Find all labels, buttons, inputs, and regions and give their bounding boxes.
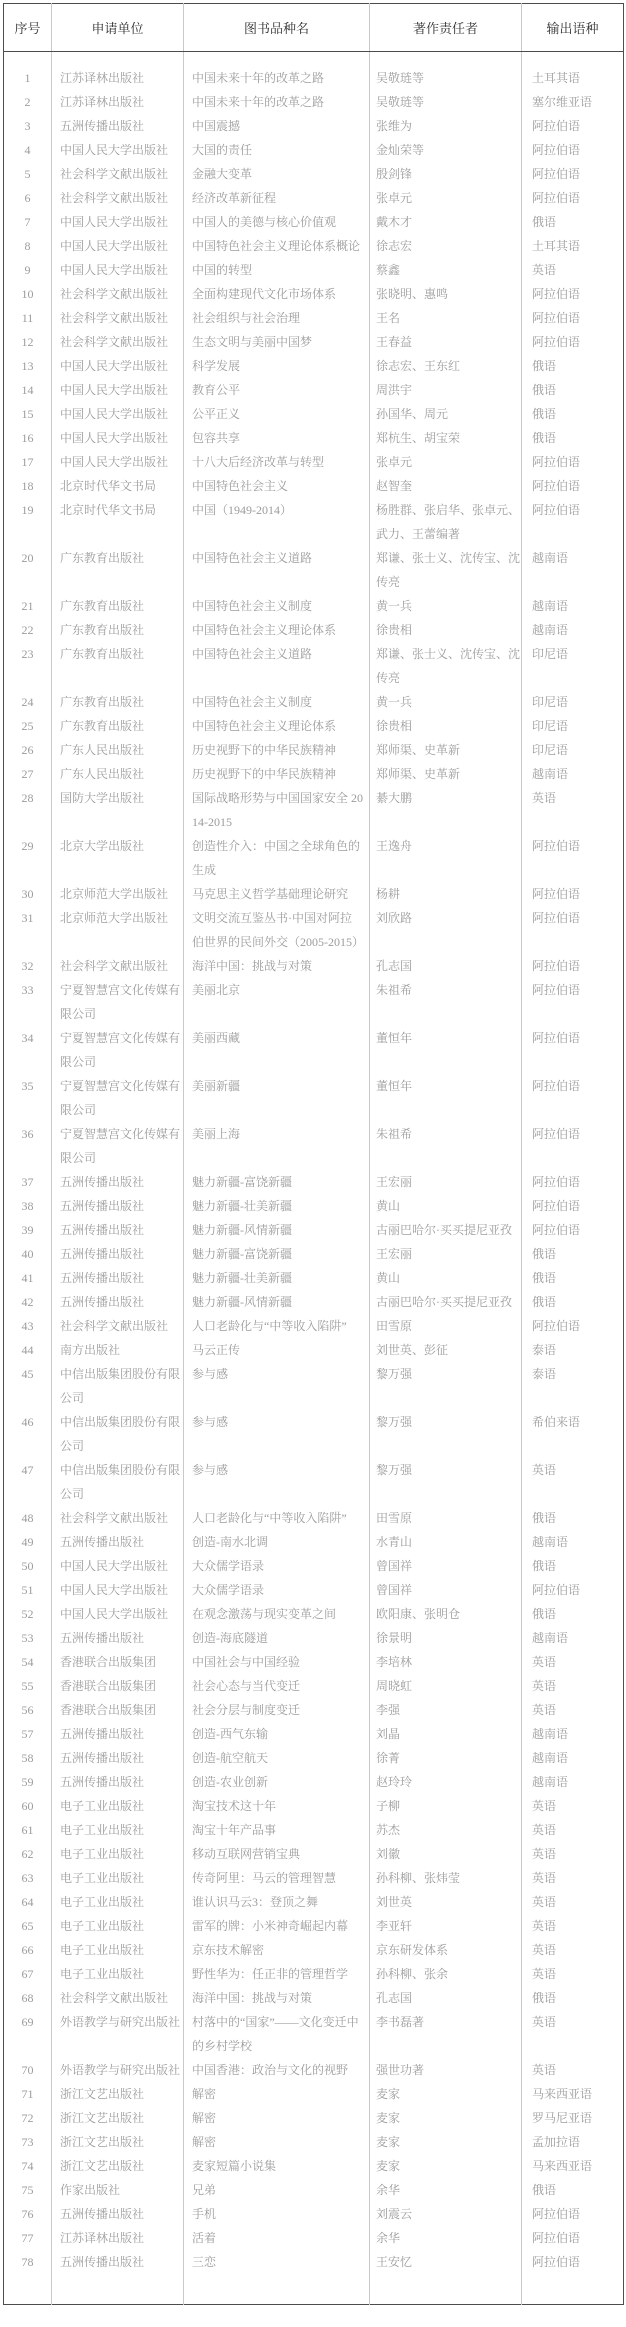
cell-author: 金灿荣等 — [370, 138, 522, 162]
cell-author: 董恒年 — [370, 1074, 522, 1122]
cell-title: 活着 — [184, 2226, 370, 2250]
cell-unit: 中国人民大学出版社 — [52, 426, 184, 450]
cell-language: 俄语 — [522, 1242, 624, 1266]
table-row: 28国防大学出版社国际战略形势与中国国家安全 2014-2015綦大鹏英语 — [4, 786, 624, 834]
cell-author: 刘震云 — [370, 2202, 522, 2226]
table-row: 63电子工业出版社传奇阿里：马云的管理智慧孙科柳、张炜莹英语 — [4, 1866, 624, 1890]
cell-seq: 76 — [4, 2202, 52, 2226]
table-row: 46中信出版集团股份有限公司参与感黎万强希伯来语 — [4, 1410, 624, 1458]
cell-title: 中国特色社会主义制度 — [184, 594, 370, 618]
cell-title: 人口老龄化与“中等收入陷阱” — [184, 1506, 370, 1530]
table-row: 53五洲传播出版社创造-海底隧道徐景明越南语 — [4, 1626, 624, 1650]
cell-title: 淘宝十年产品事 — [184, 1818, 370, 1842]
cell-author: 赵智奎 — [370, 474, 522, 498]
table-row: 67电子工业出版社野性华为：任正非的管理哲学孙科柳、张余英语 — [4, 1962, 624, 1986]
cell-unit: 电子工业出版社 — [52, 1890, 184, 1914]
cell-seq: 54 — [4, 1650, 52, 1674]
cell-language: 阿拉伯语 — [522, 498, 624, 546]
cell-title: 解密 — [184, 2130, 370, 2154]
cell-author: 郑谦、张士义、沈传宝、沈传亮 — [370, 642, 522, 690]
cell-unit: 浙江文艺出版社 — [52, 2154, 184, 2178]
cell-unit: 电子工业出版社 — [52, 1866, 184, 1890]
cell-language: 土耳其语 — [522, 234, 624, 258]
cell-title: 中国特色社会主义理论体系 — [184, 714, 370, 738]
cell-seq: 71 — [4, 2082, 52, 2106]
table-row: 31北京师范大学出版社文明交流互鉴丛书·中国对阿拉伯世界的民间外交（2005-2… — [4, 906, 624, 954]
cell-title: 创造性介入：中国之全球角色的生成 — [184, 834, 370, 882]
cell-language: 阿拉伯语 — [522, 2202, 624, 2226]
cell-title: 手机 — [184, 2202, 370, 2226]
cell-seq: 55 — [4, 1674, 52, 1698]
cell-author: 周洪宇 — [370, 378, 522, 402]
cell-unit: 中信出版集团股份有限公司 — [52, 1362, 184, 1410]
table-row: 58五洲传播出版社创造-航空航天徐菁越南语 — [4, 1746, 624, 1770]
cell-seq: 57 — [4, 1722, 52, 1746]
cell-author: 曾国祥 — [370, 1578, 522, 1602]
cell-seq: 27 — [4, 762, 52, 786]
cell-seq: 17 — [4, 450, 52, 474]
cell-title: 中国特色社会主义制度 — [184, 690, 370, 714]
table-row: 45中信出版集团股份有限公司参与感黎万强泰语 — [4, 1362, 624, 1410]
cell-language: 阿拉伯语 — [522, 306, 624, 330]
cell-seq: 26 — [4, 738, 52, 762]
cell-seq: 60 — [4, 1794, 52, 1818]
cell-unit: 中国人民大学出版社 — [52, 1554, 184, 1578]
cell-unit: 中国人民大学出版社 — [52, 258, 184, 282]
cell-unit: 五洲传播出版社 — [52, 1626, 184, 1650]
cell-unit: 外语教学与研究出版社 — [52, 2010, 184, 2058]
cell-language: 希伯来语 — [522, 1410, 624, 1458]
table-row: 18北京时代华文书局中国特色社会主义赵智奎阿拉伯语 — [4, 474, 624, 498]
cell-author: 王安忆 — [370, 2250, 522, 2305]
cell-title: 魅力新疆-风情新疆 — [184, 1218, 370, 1242]
cell-seq: 62 — [4, 1842, 52, 1866]
cell-author: 苏杰 — [370, 1818, 522, 1842]
cell-title: 中国（1949-2014） — [184, 498, 370, 546]
cell-unit: 北京时代华文书局 — [52, 498, 184, 546]
cell-language: 俄语 — [522, 1266, 624, 1290]
cell-title: 中国未来十年的改革之路 — [184, 90, 370, 114]
cell-seq: 2 — [4, 90, 52, 114]
cell-language: 阿拉伯语 — [522, 1314, 624, 1338]
cell-language: 印尼语 — [522, 714, 624, 738]
cell-unit: 中国人民大学出版社 — [52, 1578, 184, 1602]
cell-unit: 香港联合出版集团 — [52, 1650, 184, 1674]
cell-seq: 33 — [4, 978, 52, 1026]
table-row: 66电子工业出版社京东技术解密京东研发体系英语 — [4, 1938, 624, 1962]
cell-author: 黄山 — [370, 1266, 522, 1290]
cell-language: 英语 — [522, 1938, 624, 1962]
cell-unit: 中国人民大学出版社 — [52, 450, 184, 474]
cell-author: 强世功著 — [370, 2058, 522, 2082]
table-row: 17中国人民大学出版社十八大后经济改革与转型张卓元阿拉伯语 — [4, 450, 624, 474]
cell-language: 英语 — [522, 2010, 624, 2058]
column-header-title: 图书品种名 — [184, 4, 370, 52]
header-row: 序号申请单位图书品种名著作责任者输出语种 — [4, 4, 624, 52]
cell-author: 孙科柳、张炜莹 — [370, 1866, 522, 1890]
cell-language: 英语 — [522, 1674, 624, 1698]
cell-language: 英语 — [522, 1458, 624, 1506]
cell-author: 蔡鑫 — [370, 258, 522, 282]
table-row: 5社会科学文献出版社金融大变革殷剑锋阿拉伯语 — [4, 162, 624, 186]
table-row: 23广东教育出版社中国特色社会主义道路郑谦、张士义、沈传宝、沈传亮印尼语 — [4, 642, 624, 690]
table-row: 33宁夏智慧宫文化传媒有限公司美丽北京朱祖希阿拉伯语 — [4, 978, 624, 1026]
cell-unit: 浙江文艺出版社 — [52, 2130, 184, 2154]
column-header-author: 著作责任者 — [370, 4, 522, 52]
table-row: 78五洲传播出版社三恋王安忆阿拉伯语 — [4, 2250, 624, 2305]
table-row: 38五洲传播出版社魅力新疆-壮美新疆黄山阿拉伯语 — [4, 1194, 624, 1218]
cell-language: 英语 — [522, 1842, 624, 1866]
cell-seq: 77 — [4, 2226, 52, 2250]
cell-author: 朱祖希 — [370, 978, 522, 1026]
cell-unit: 社会科学文献出版社 — [52, 186, 184, 210]
cell-seq: 59 — [4, 1770, 52, 1794]
table-row: 72浙江文艺出版社解密麦家罗马尼亚语 — [4, 2106, 624, 2130]
column-header-seq: 序号 — [4, 4, 52, 52]
cell-author: 刘徽 — [370, 1842, 522, 1866]
cell-language: 英语 — [522, 1866, 624, 1890]
cell-title: 文明交流互鉴丛书·中国对阿拉伯世界的民间外交（2005-2015） — [184, 906, 370, 954]
cell-unit: 五洲传播出版社 — [52, 1218, 184, 1242]
table-row: 49五洲传播出版社创造-南水北调水青山越南语 — [4, 1530, 624, 1554]
cell-language: 俄语 — [522, 2178, 624, 2202]
cell-language: 阿拉伯语 — [522, 954, 624, 978]
cell-author: 赵玲玲 — [370, 1770, 522, 1794]
table-row: 64电子工业出版社谁认识马云3：登顶之舞刘世英英语 — [4, 1890, 624, 1914]
table-row: 37五洲传播出版社魅力新疆-富饶新疆王宏丽阿拉伯语 — [4, 1170, 624, 1194]
cell-author: 朱祖希 — [370, 1122, 522, 1170]
cell-unit: 五洲传播出版社 — [52, 1170, 184, 1194]
cell-seq: 23 — [4, 642, 52, 690]
cell-author: 徐志宏、王东红 — [370, 354, 522, 378]
table-row: 9中国人民大学出版社中国的转型蔡鑫英语 — [4, 258, 624, 282]
table-row: 30北京师范大学出版社马克思主义哲学基础理论研究杨耕阿拉伯语 — [4, 882, 624, 906]
table-row: 48社会科学文献出版社人口老龄化与“中等收入陷阱”田雪原俄语 — [4, 1506, 624, 1530]
cell-author: 水青山 — [370, 1530, 522, 1554]
cell-title: 魅力新疆-富饶新疆 — [184, 1170, 370, 1194]
cell-author: 郑杭生、胡宝荣 — [370, 426, 522, 450]
cell-seq: 46 — [4, 1410, 52, 1458]
cell-author: 綦大鹏 — [370, 786, 522, 834]
cell-seq: 6 — [4, 186, 52, 210]
table-body: 1江苏译林出版社中国未来十年的改革之路吴敬琏等土耳其语2江苏译林出版社中国未来十… — [4, 52, 624, 2305]
cell-author: 吴敬琏等 — [370, 90, 522, 114]
cell-seq: 49 — [4, 1530, 52, 1554]
cell-unit: 广东教育出版社 — [52, 546, 184, 594]
cell-language: 罗马尼亚语 — [522, 2106, 624, 2130]
cell-title: 兄弟 — [184, 2178, 370, 2202]
cell-author: 张卓元 — [370, 186, 522, 210]
table-row: 16中国人民大学出版社包容共享郑杭生、胡宝荣俄语 — [4, 426, 624, 450]
cell-seq: 58 — [4, 1746, 52, 1770]
table-row: 36宁夏智慧宫文化传媒有限公司美丽上海朱祖希阿拉伯语 — [4, 1122, 624, 1170]
cell-language: 俄语 — [522, 1554, 624, 1578]
cell-author: 徐菁 — [370, 1746, 522, 1770]
cell-author: 黎万强 — [370, 1410, 522, 1458]
cell-seq: 29 — [4, 834, 52, 882]
cell-title: 参与感 — [184, 1362, 370, 1410]
cell-title: 魅力新疆-壮美新疆 — [184, 1194, 370, 1218]
cell-unit: 香港联合出版集团 — [52, 1674, 184, 1698]
cell-author: 李强 — [370, 1698, 522, 1722]
cell-title: 创造-海底隧道 — [184, 1626, 370, 1650]
cell-unit: 作家出版社 — [52, 2178, 184, 2202]
cell-unit: 社会科学文献出版社 — [52, 954, 184, 978]
table-row: 51中国人民大学出版社大众儒学语录曾国祥阿拉伯语 — [4, 1578, 624, 1602]
table-row: 27广东人民出版社历史视野下的中华民族精神郑师渠、史革新越南语 — [4, 762, 624, 786]
cell-unit: 江苏译林出版社 — [52, 2226, 184, 2250]
cell-title: 中国特色社会主义道路 — [184, 642, 370, 690]
cell-unit: 电子工业出版社 — [52, 1962, 184, 1986]
cell-seq: 12 — [4, 330, 52, 354]
cell-language: 泰语 — [522, 1362, 624, 1410]
cell-title: 中国人的美德与核心价值观 — [184, 210, 370, 234]
cell-title: 中国震撼 — [184, 114, 370, 138]
table-row: 19北京时代华文书局中国（1949-2014）杨胜群、张启华、张卓元、武力、王蕾… — [4, 498, 624, 546]
cell-language: 阿拉伯语 — [522, 1074, 624, 1122]
cell-title: 人口老龄化与“中等收入陷阱” — [184, 1314, 370, 1338]
cell-author: 余华 — [370, 2178, 522, 2202]
cell-author: 曾国祥 — [370, 1554, 522, 1578]
cell-title: 美丽上海 — [184, 1122, 370, 1170]
cell-author: 戴木才 — [370, 210, 522, 234]
cell-title: 参与感 — [184, 1410, 370, 1458]
cell-language: 英语 — [522, 1794, 624, 1818]
cell-language: 阿拉伯语 — [522, 186, 624, 210]
book-export-list-page: 序号申请单位图书品种名著作责任者输出语种 1江苏译林出版社中国未来十年的改革之路… — [3, 3, 623, 2305]
table-row: 20广东教育出版社中国特色社会主义道路郑谦、张士义、沈传宝、沈传亮越南语 — [4, 546, 624, 594]
cell-unit: 五洲传播出版社 — [52, 1290, 184, 1314]
table-row: 69外语教学与研究出版社村落中的“国家”——文化变迁中的乡村学校李书磊著英语 — [4, 2010, 624, 2058]
cell-title: 京东技术解密 — [184, 1938, 370, 1962]
cell-unit: 中国人民大学出版社 — [52, 354, 184, 378]
cell-seq: 1 — [4, 52, 52, 91]
cell-unit: 中国人民大学出版社 — [52, 210, 184, 234]
cell-language: 英语 — [522, 786, 624, 834]
cell-unit: 宁夏智慧宫文化传媒有限公司 — [52, 1026, 184, 1074]
cell-unit: 北京师范大学出版社 — [52, 906, 184, 954]
cell-author: 麦家 — [370, 2106, 522, 2130]
cell-title: 国际战略形势与中国国家安全 2014-2015 — [184, 786, 370, 834]
cell-unit: 社会科学文献出版社 — [52, 1314, 184, 1338]
cell-author: 郑谦、张士义、沈传宝、沈传亮 — [370, 546, 522, 594]
cell-unit: 广东教育出版社 — [52, 714, 184, 738]
table-row: 57五洲传播出版社创造-西气东输刘晶越南语 — [4, 1722, 624, 1746]
cell-language: 俄语 — [522, 1290, 624, 1314]
column-header-unit: 申请单位 — [52, 4, 184, 52]
table-row: 54香港联合出版集团中国社会与中国经验李培林英语 — [4, 1650, 624, 1674]
cell-author: 李亚轩 — [370, 1914, 522, 1938]
cell-unit: 五洲传播出版社 — [52, 114, 184, 138]
cell-title: 麦家短篇小说集 — [184, 2154, 370, 2178]
cell-unit: 广东教育出版社 — [52, 618, 184, 642]
cell-unit: 电子工业出版社 — [52, 1818, 184, 1842]
table-row: 32社会科学文献出版社海洋中国：挑战与对策孔志国阿拉伯语 — [4, 954, 624, 978]
cell-unit: 北京师范大学出版社 — [52, 882, 184, 906]
cell-seq: 11 — [4, 306, 52, 330]
cell-unit: 江苏译林出版社 — [52, 52, 184, 91]
cell-unit: 中信出版集团股份有限公司 — [52, 1458, 184, 1506]
cell-title: 中国特色社会主义理论体系 — [184, 618, 370, 642]
cell-seq: 14 — [4, 378, 52, 402]
table-row: 26广东人民出版社历史视野下的中华民族精神郑师渠、史革新印尼语 — [4, 738, 624, 762]
cell-unit: 五洲传播出版社 — [52, 1266, 184, 1290]
cell-seq: 43 — [4, 1314, 52, 1338]
cell-title: 十八大后经济改革与转型 — [184, 450, 370, 474]
cell-title: 在观念激荡与现实变革之间 — [184, 1602, 370, 1626]
cell-unit: 宁夏智慧宫文化传媒有限公司 — [52, 1122, 184, 1170]
cell-unit: 五洲传播出版社 — [52, 1242, 184, 1266]
table-row: 1江苏译林出版社中国未来十年的改革之路吴敬琏等土耳其语 — [4, 52, 624, 91]
cell-title: 大众儒学语录 — [184, 1578, 370, 1602]
cell-title: 谁认识马云3：登顶之舞 — [184, 1890, 370, 1914]
table-row: 13中国人民大学出版社科学发展徐志宏、王东红俄语 — [4, 354, 624, 378]
table-row: 15中国人民大学出版社公平正义孙国华、周元俄语 — [4, 402, 624, 426]
cell-unit: 五洲传播出版社 — [52, 2250, 184, 2305]
cell-title: 历史视野下的中华民族精神 — [184, 762, 370, 786]
cell-seq: 3 — [4, 114, 52, 138]
cell-language: 阿拉伯语 — [522, 1218, 624, 1242]
cell-unit: 广东人民出版社 — [52, 762, 184, 786]
cell-seq: 34 — [4, 1026, 52, 1074]
cell-title: 中国未来十年的改革之路 — [184, 52, 370, 91]
table-row: 24广东教育出版社中国特色社会主义制度黄一兵印尼语 — [4, 690, 624, 714]
cell-language: 俄语 — [522, 1602, 624, 1626]
table-row: 43社会科学文献出版社人口老龄化与“中等收入陷阱”田雪原阿拉伯语 — [4, 1314, 624, 1338]
cell-language: 越南语 — [522, 1746, 624, 1770]
cell-author: 殷剑锋 — [370, 162, 522, 186]
cell-language: 阿拉伯语 — [522, 1578, 624, 1602]
cell-language: 越南语 — [522, 594, 624, 618]
cell-language: 阿拉伯语 — [522, 1026, 624, 1074]
cell-language: 英语 — [522, 1818, 624, 1842]
cell-seq: 4 — [4, 138, 52, 162]
cell-seq: 18 — [4, 474, 52, 498]
cell-author: 麦家 — [370, 2130, 522, 2154]
cell-title: 三恋 — [184, 2250, 370, 2305]
table-row: 62电子工业出版社移动互联网营销宝典刘徽英语 — [4, 1842, 624, 1866]
cell-author: 刘晶 — [370, 1722, 522, 1746]
cell-unit: 社会科学文献出版社 — [52, 1506, 184, 1530]
cell-author: 杨耕 — [370, 882, 522, 906]
cell-title: 创造-农业创新 — [184, 1770, 370, 1794]
cell-language: 俄语 — [522, 1986, 624, 2010]
cell-title: 中国社会与中国经验 — [184, 1650, 370, 1674]
cell-language: 阿拉伯语 — [522, 1170, 624, 1194]
cell-seq: 36 — [4, 1122, 52, 1170]
cell-author: 李培林 — [370, 1650, 522, 1674]
cell-seq: 10 — [4, 282, 52, 306]
cell-seq: 50 — [4, 1554, 52, 1578]
cell-unit: 南方出版社 — [52, 1338, 184, 1362]
cell-unit: 广东教育出版社 — [52, 594, 184, 618]
table-row: 25广东教育出版社中国特色社会主义理论体系徐贵相印尼语 — [4, 714, 624, 738]
cell-seq: 78 — [4, 2250, 52, 2305]
table-row: 56香港联合出版集团社会分层与制度变迁李强英语 — [4, 1698, 624, 1722]
cell-language: 越南语 — [522, 618, 624, 642]
cell-author: 徐志宏 — [370, 234, 522, 258]
cell-language: 英语 — [522, 258, 624, 282]
cell-title: 经济改革新征程 — [184, 186, 370, 210]
cell-language: 越南语 — [522, 1770, 624, 1794]
cell-language: 塞尔维亚语 — [522, 90, 624, 114]
cell-unit: 北京时代华文书局 — [52, 474, 184, 498]
cell-title: 雷军的牌：小米神奇崛起内幕 — [184, 1914, 370, 1938]
cell-language: 土耳其语 — [522, 52, 624, 91]
cell-language: 阿拉伯语 — [522, 114, 624, 138]
cell-language: 阿拉伯语 — [522, 330, 624, 354]
cell-language: 印尼语 — [522, 690, 624, 714]
table-row: 39五洲传播出版社魅力新疆-风情新疆古丽巴哈尔·买买提尼亚孜阿拉伯语 — [4, 1218, 624, 1242]
cell-language: 阿拉伯语 — [522, 2250, 624, 2305]
cell-language: 俄语 — [522, 426, 624, 450]
cell-title: 海洋中国：挑战与对策 — [184, 954, 370, 978]
cell-seq: 5 — [4, 162, 52, 186]
cell-author: 王宏丽 — [370, 1242, 522, 1266]
cell-language: 俄语 — [522, 354, 624, 378]
cell-language: 越南语 — [522, 1722, 624, 1746]
cell-language: 阿拉伯语 — [522, 1122, 624, 1170]
cell-author: 黎万强 — [370, 1362, 522, 1410]
cell-language: 阿拉伯语 — [522, 882, 624, 906]
cell-seq: 63 — [4, 1866, 52, 1890]
cell-unit: 社会科学文献出版社 — [52, 162, 184, 186]
table-row: 52中国人民大学出版社在观念激荡与现实变革之间欧阳康、张明仓俄语 — [4, 1602, 624, 1626]
cell-author: 欧阳康、张明仓 — [370, 1602, 522, 1626]
table-row: 8中国人民大学出版社中国特色社会主义理论体系概论徐志宏土耳其语 — [4, 234, 624, 258]
cell-title: 科学发展 — [184, 354, 370, 378]
cell-unit: 社会科学文献出版社 — [52, 306, 184, 330]
cell-unit: 五洲传播出版社 — [52, 2202, 184, 2226]
cell-language: 英语 — [522, 2058, 624, 2082]
cell-seq: 70 — [4, 2058, 52, 2082]
cell-seq: 47 — [4, 1458, 52, 1506]
cell-seq: 37 — [4, 1170, 52, 1194]
cell-unit: 浙江文艺出版社 — [52, 2082, 184, 2106]
cell-unit: 国防大学出版社 — [52, 786, 184, 834]
cell-unit: 五洲传播出版社 — [52, 1194, 184, 1218]
cell-author: 黄山 — [370, 1194, 522, 1218]
cell-title: 社会心态与当代变迁 — [184, 1674, 370, 1698]
cell-seq: 22 — [4, 618, 52, 642]
cell-title: 金融大变革 — [184, 162, 370, 186]
cell-title: 海洋中国：挑战与对策 — [184, 1986, 370, 2010]
cell-title: 移动互联网营销宝典 — [184, 1842, 370, 1866]
cell-language: 越南语 — [522, 1530, 624, 1554]
cell-language: 印尼语 — [522, 738, 624, 762]
cell-unit: 社会科学文献出版社 — [52, 1986, 184, 2010]
cell-author: 余华 — [370, 2226, 522, 2250]
cell-language: 英语 — [522, 1698, 624, 1722]
table-row: 73浙江文艺出版社解密麦家孟加拉语 — [4, 2130, 624, 2154]
cell-language: 越南语 — [522, 1626, 624, 1650]
table-row: 44南方出版社马云正传刘世英、彭征泰语 — [4, 1338, 624, 1362]
cell-title: 村落中的“国家”——文化变迁中的乡村学校 — [184, 2010, 370, 2058]
table-row: 71浙江文艺出版社解密麦家马来西亚语 — [4, 2082, 624, 2106]
cell-seq: 65 — [4, 1914, 52, 1938]
cell-author: 徐贵相 — [370, 714, 522, 738]
cell-unit: 广东教育出版社 — [52, 690, 184, 714]
cell-seq: 15 — [4, 402, 52, 426]
cell-seq: 7 — [4, 210, 52, 234]
cell-title: 魅力新疆-风情新疆 — [184, 1290, 370, 1314]
cell-language: 阿拉伯语 — [522, 978, 624, 1026]
table-row: 59五洲传播出版社创造-农业创新赵玲玲越南语 — [4, 1770, 624, 1794]
cell-language: 俄语 — [522, 402, 624, 426]
cell-title: 社会分层与制度变迁 — [184, 1698, 370, 1722]
cell-seq: 69 — [4, 2010, 52, 2058]
cell-title: 全面构建现代文化市场体系 — [184, 282, 370, 306]
